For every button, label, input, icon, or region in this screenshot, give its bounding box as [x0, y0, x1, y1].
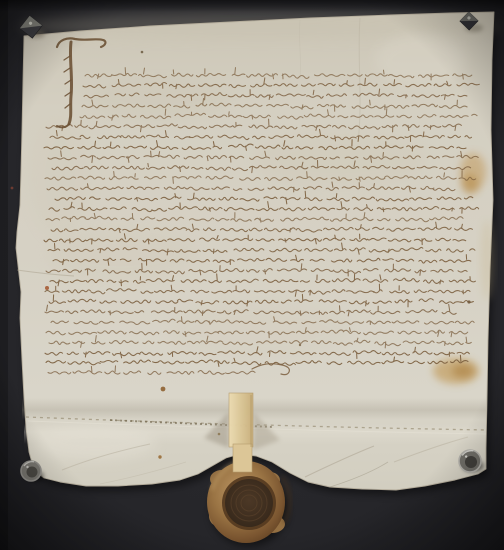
photo-frame: Photograph of a late-medieval parchment …: [0, 0, 504, 550]
charter-photograph: [0, 0, 504, 550]
photo-vignette: [0, 0, 504, 550]
